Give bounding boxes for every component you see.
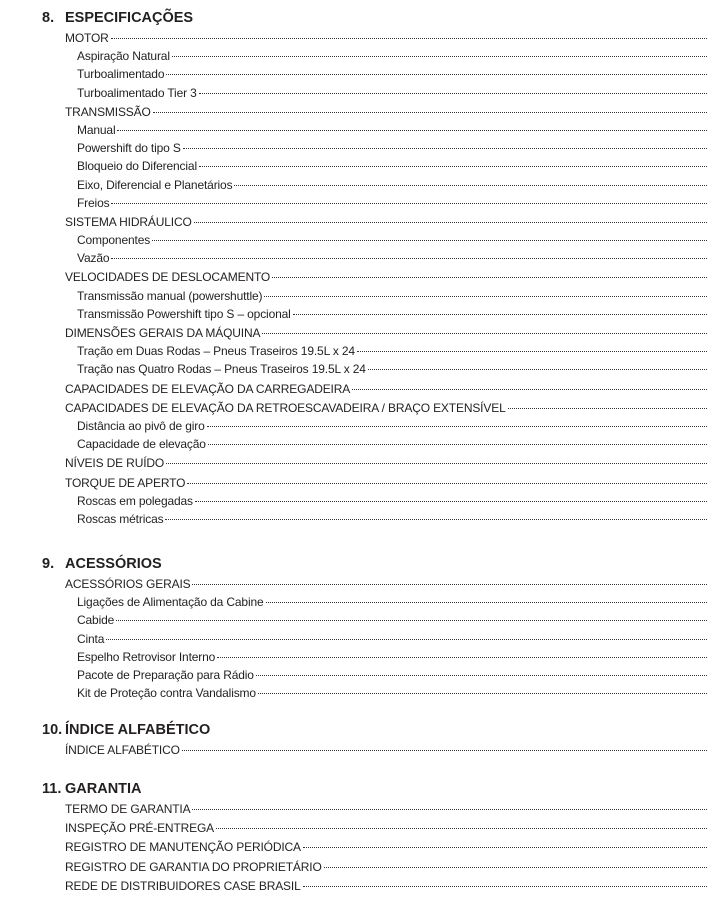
toc-entry-label: Cinta: [77, 630, 106, 648]
toc-entry-label: REDE DE DISTRIBUIDORES CASE BRASIL: [65, 877, 303, 895]
toc-entry[interactable]: Distância ao pivô de giro: [0, 417, 707, 435]
toc-entry[interactable]: TRANSMISSÃO: [0, 103, 707, 121]
toc-entry-label: REGISTRO DE MANUTENÇÃO PERIÓDICA: [65, 838, 303, 856]
toc-entry[interactable]: Tração nas Quatro Rodas – Pneus Traseiro…: [0, 360, 707, 378]
toc-entry-label: NÍVEIS DE RUÍDO: [65, 454, 166, 472]
toc-entry-label: Espelho Retrovisor Interno: [77, 648, 217, 666]
dot-leader: [166, 463, 707, 464]
section-number: 11.: [42, 778, 61, 800]
toc-entry[interactable]: Pacote de Preparação para Rádio: [0, 666, 707, 684]
toc-entry-label: Distância ao pivô de giro: [77, 417, 207, 435]
dot-leader: [111, 203, 707, 204]
toc-entry-label: ÍNDICE ALFABÉTICO: [65, 741, 182, 759]
dot-leader: [256, 675, 707, 676]
toc-entry[interactable]: REGISTRO DE GARANTIA DO PROPRIETÁRIO: [0, 858, 707, 876]
toc-entry-label: Powershift do tipo S: [77, 139, 183, 157]
toc-entry-label: ACESSÓRIOS GERAIS: [65, 575, 192, 593]
dot-leader: [183, 148, 707, 149]
toc-entry-label: Vazão: [77, 249, 111, 267]
dot-leader: [207, 426, 707, 427]
toc-entry-label: Tração nas Quatro Rodas – Pneus Traseiro…: [77, 360, 368, 378]
toc-entry-label: Eixo, Diferencial e Planetários: [77, 176, 234, 194]
toc-entry[interactable]: TERMO DE GARANTIA: [0, 800, 707, 818]
dot-leader: [272, 277, 707, 278]
toc-entry[interactable]: SISTEMA HIDRÁULICO: [0, 213, 707, 231]
toc-entry-label: TORQUE DE APERTO: [65, 474, 187, 492]
toc-entry-label: Bloqueio do Diferencial: [77, 157, 199, 175]
section-number: 8.: [42, 7, 54, 29]
dot-leader: [357, 351, 707, 352]
toc-section: 9.ACESSÓRIOSACESSÓRIOS GERAISLigações de…: [0, 553, 707, 702]
toc-entry[interactable]: Kit de Proteção contra Vandalismo: [0, 684, 707, 702]
dot-leader: [352, 389, 707, 390]
toc-entry[interactable]: ÍNDICE ALFABÉTICO: [0, 741, 707, 759]
toc-entry[interactable]: Capacidade de elevação: [0, 435, 707, 453]
dot-leader: [172, 56, 707, 57]
toc-entry[interactable]: Aspiração Natural: [0, 47, 707, 65]
toc-entry-label: Manual: [77, 121, 117, 139]
toc-entry[interactable]: Ligações de Alimentação da Cabine: [0, 593, 707, 611]
toc-entry[interactable]: Eixo, Diferencial e Planetários: [0, 176, 707, 194]
toc-entry-label: Roscas métricas: [77, 510, 165, 528]
dot-leader: [264, 296, 707, 297]
dot-leader: [217, 657, 707, 658]
toc-entry-label: Roscas em polegadas: [77, 492, 195, 510]
toc-entry-label: Aspiração Natural: [77, 47, 172, 65]
toc-section: 11.GARANTIATERMO DE GARANTIAINSPEÇÃO PRÉ…: [0, 778, 707, 895]
dot-leader: [165, 519, 707, 520]
toc-section: 10.ÍNDICE ALFABÉTICOÍNDICE ALFABÉTICO: [0, 719, 707, 759]
toc-entry-label: Kit de Proteção contra Vandalismo: [77, 684, 258, 702]
toc-entry[interactable]: CAPACIDADES DE ELEVAÇÃO DA CARREGADEIRA: [0, 380, 707, 398]
toc-entry-label: DIMENSÕES GERAIS DA MÁQUINA: [65, 324, 262, 342]
dot-leader: [199, 93, 707, 94]
dot-leader: [195, 501, 707, 502]
toc-entry-label: Capacidade de elevação: [77, 435, 208, 453]
toc-entry[interactable]: Freios: [0, 194, 707, 212]
toc-entry[interactable]: INSPEÇÃO PRÉ-ENTREGA: [0, 819, 707, 837]
toc-entry[interactable]: Cinta: [0, 630, 707, 648]
toc-entry[interactable]: Vazão: [0, 249, 707, 267]
section-heading[interactable]: 10.ÍNDICE ALFABÉTICO: [0, 719, 707, 741]
section-number: 9.: [42, 553, 54, 575]
section-title: ACESSÓRIOS: [65, 553, 162, 575]
dot-leader: [194, 222, 707, 223]
dot-leader: [152, 240, 707, 241]
toc-entry[interactable]: REDE DE DISTRIBUIDORES CASE BRASIL: [0, 877, 707, 895]
toc-entry[interactable]: ACESSÓRIOS GERAIS: [0, 575, 707, 593]
dot-leader: [303, 847, 707, 848]
toc-entry[interactable]: Roscas métricas: [0, 510, 707, 528]
dot-leader: [303, 886, 707, 887]
toc-entry[interactable]: NÍVEIS DE RUÍDO: [0, 454, 707, 472]
section-title: GARANTIA: [65, 778, 142, 800]
toc-entry-label: Turboalimentado Tier 3: [77, 84, 199, 102]
toc-section: 8.ESPECIFICAÇÕESMOTORAspiração NaturalTu…: [0, 7, 707, 528]
section-heading[interactable]: 11.GARANTIA: [0, 778, 707, 800]
toc-entry-label: MOTOR: [65, 29, 111, 47]
toc-entry[interactable]: Bloqueio do Diferencial: [0, 157, 707, 175]
section-heading[interactable]: 8.ESPECIFICAÇÕES: [0, 7, 707, 29]
toc-entry-label: Ligações de Alimentação da Cabine: [77, 593, 266, 611]
toc-entry[interactable]: Transmissão Powershift tipo S – opcional: [0, 305, 707, 323]
section-title: ESPECIFICAÇÕES: [65, 7, 193, 29]
section-number: 10.: [42, 719, 62, 741]
toc-entry-label: Componentes: [77, 231, 152, 249]
toc-entry[interactable]: Turboalimentado: [0, 65, 707, 83]
toc-entry[interactable]: Manual: [0, 121, 707, 139]
toc-entry-label: Freios: [77, 194, 111, 212]
toc-entry-label: REGISTRO DE GARANTIA DO PROPRIETÁRIO: [65, 858, 324, 876]
toc-entry[interactable]: VELOCIDADES DE DESLOCAMENTO: [0, 268, 707, 286]
dot-leader: [262, 333, 707, 334]
section-title: ÍNDICE ALFABÉTICO: [65, 719, 210, 741]
toc-entry-label: CAPACIDADES DE ELEVAÇÃO DA CARREGADEIRA: [65, 380, 352, 398]
dot-leader: [187, 483, 707, 484]
dot-leader: [166, 74, 707, 75]
toc-entry-label: TERMO DE GARANTIA: [65, 800, 192, 818]
dot-leader: [216, 828, 707, 829]
dot-leader: [111, 258, 707, 259]
dot-leader: [258, 693, 707, 694]
dot-leader: [116, 620, 707, 621]
toc-entry[interactable]: Tração em Duas Rodas – Pneus Traseiros 1…: [0, 342, 707, 360]
toc-entry[interactable]: Espelho Retrovisor Interno: [0, 648, 707, 666]
toc-entry[interactable]: REGISTRO DE MANUTENÇÃO PERIÓDICA: [0, 838, 707, 856]
toc-entry-label: Tração em Duas Rodas – Pneus Traseiros 1…: [77, 342, 357, 360]
dot-leader: [293, 314, 707, 315]
toc-entry[interactable]: MOTOR: [0, 29, 707, 47]
dot-leader: [153, 112, 707, 113]
dot-leader: [508, 408, 707, 409]
toc-entry-label: Transmissão manual (powershuttle): [77, 287, 264, 305]
dot-leader: [234, 185, 707, 186]
dot-leader: [324, 867, 707, 868]
toc-entry-label: SISTEMA HIDRÁULICO: [65, 213, 194, 231]
dot-leader: [368, 369, 707, 370]
toc-entry[interactable]: Powershift do tipo S: [0, 139, 707, 157]
dot-leader: [111, 38, 707, 39]
toc-entry[interactable]: DIMENSÕES GERAIS DA MÁQUINA: [0, 324, 707, 342]
toc-entry-label: INSPEÇÃO PRÉ-ENTREGA: [65, 819, 216, 837]
section-heading[interactable]: 9.ACESSÓRIOS: [0, 553, 707, 575]
toc-entry-label: VELOCIDADES DE DESLOCAMENTO: [65, 268, 272, 286]
toc-entry[interactable]: Transmissão manual (powershuttle): [0, 287, 707, 305]
toc-entry[interactable]: Roscas em polegadas: [0, 492, 707, 510]
dot-leader: [182, 750, 707, 751]
dot-leader: [266, 602, 707, 603]
toc-entry[interactable]: Cabide: [0, 611, 707, 629]
toc-entry[interactable]: Componentes: [0, 231, 707, 249]
toc-entry-label: Pacote de Preparação para Rádio: [77, 666, 256, 684]
dot-leader: [117, 130, 707, 131]
toc-entry[interactable]: TORQUE DE APERTO: [0, 474, 707, 492]
toc-entry-label: TRANSMISSÃO: [65, 103, 153, 121]
dot-leader: [208, 444, 707, 445]
dot-leader: [192, 809, 707, 810]
toc-entry-label: Transmissão Powershift tipo S – opcional: [77, 305, 293, 323]
toc-entry[interactable]: CAPACIDADES DE ELEVAÇÃO DA RETROESCAVADE…: [0, 399, 707, 417]
toc-entry-label: Cabide: [77, 611, 116, 629]
dot-leader: [192, 584, 707, 585]
dot-leader: [106, 639, 707, 640]
toc-entry-label: CAPACIDADES DE ELEVAÇÃO DA RETROESCAVADE…: [65, 399, 508, 417]
dot-leader: [199, 166, 707, 167]
toc-entry[interactable]: Turboalimentado Tier 3: [0, 84, 707, 102]
toc-entry-label: Turboalimentado: [77, 65, 166, 83]
